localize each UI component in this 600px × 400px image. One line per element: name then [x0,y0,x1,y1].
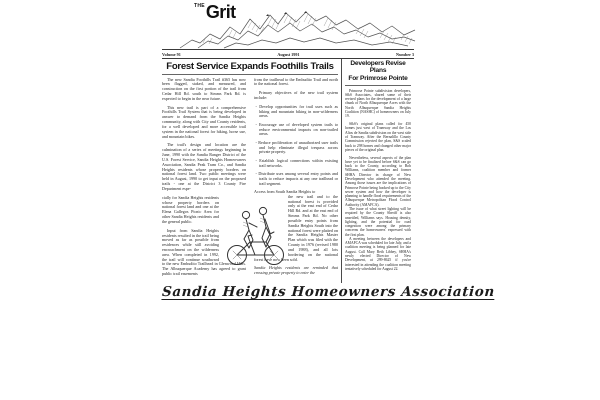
paragraph: A meeting between the developers and AMA… [345,237,411,271]
issue-number-label: Number 3 [396,52,414,57]
sidebar-article: Developers Revise Plans For Primrose Poi… [341,59,411,283]
handwritten-association-signature: Sandia Heights Homeowners Association [161,284,414,300]
paragraph: The new Sandia Foothills Trail #365 has … [162,78,246,102]
issue-date-label: August 1991 [277,52,299,57]
main-article-headline: Forest Service Expands Foothills Trails [162,59,338,75]
paragraph: S&S's original plans called for 450 home… [345,122,411,152]
paragraph: This new trail is part of a comprehensiv… [162,106,246,140]
bullet-item: - Develop opportunities for trail uses s… [254,105,338,119]
logo-the-text: THE [194,3,205,9]
paragraph: Primrose Pointe subdivision developers, … [345,89,411,119]
bullet-item: - Encourage use of developed system trai… [254,123,338,137]
paragraph: Primary objectives of the new trail syst… [254,91,338,101]
masthead-info-bar: Volume 91 August 1991 Number 3 [162,49,414,59]
sidebar-headline-line2: For Primrose Pointe [345,75,411,82]
paragraph: The trail's design and location are the … [162,143,246,191]
bullet-item: - Distribute uses among several entry po… [254,172,338,186]
sidebar-article-headline: Developers Revise Plans For Primrose Poi… [345,59,411,86]
bicycle-illustration [219,204,293,268]
volume-label: Volume 91 [162,52,181,57]
paragraph: Nevertheless, several aspects of the pla… [345,156,411,207]
bullet-item: - Establish logical connections within e… [254,159,338,169]
logo-title-text: Grit [206,2,236,22]
paragraph: The issue of what street lighting will b… [345,207,411,237]
bullet-item: - Reduce proliferation of unauthorized u… [254,141,338,155]
newsletter-page: THEGrit Volume 91 August 1991 Number 3 [160,0,416,336]
newsletter-logo: THEGrit [194,2,236,23]
sidebar-article-body: Primrose Pointe subdivision developers, … [345,89,411,272]
paragraph: from the trailhead to the Embudito Trail… [254,78,338,88]
sidebar-headline-line1: Developers Revise Plans [345,60,411,75]
